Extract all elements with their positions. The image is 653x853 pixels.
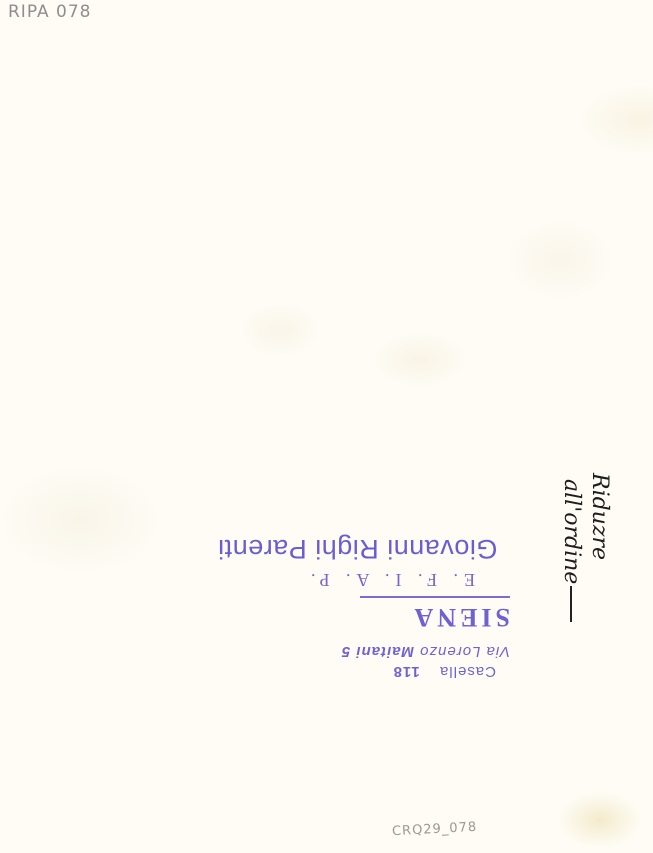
stamp-street-prefix: Via Lorenzo [419,643,510,660]
archive-code-top: RIPA 078 [8,2,91,22]
stamp-po-box-label: Casella [439,663,496,680]
stamp-street: Via Lorenzo Maitani 5 [310,643,510,660]
stamp-city: SIENA [360,602,510,632]
stamp-divider [360,596,510,598]
stamp-po-box-number: 118 [393,663,420,680]
handwritten-line-2: all'ordine [557,473,585,663]
photo-back-paper [0,0,653,853]
photographer-stamp: Giovanni Righi Parenti E. F. I. A. P. SI… [205,525,510,680]
stamp-po-box: Casella 118 [326,663,496,680]
stamp-photographer-name: Giovanni Righi Parenti [205,533,510,564]
stamp-street-name: Maitani 5 [341,643,414,660]
handwritten-dash [570,586,572,622]
stamp-honors: E. F. I. A. P. [290,569,490,590]
handwritten-note: Riduzre all'ordine [557,473,613,663]
handwritten-line-1: Riduzre [587,473,612,560]
handwritten-line-2-text: all'ordine [559,479,584,584]
